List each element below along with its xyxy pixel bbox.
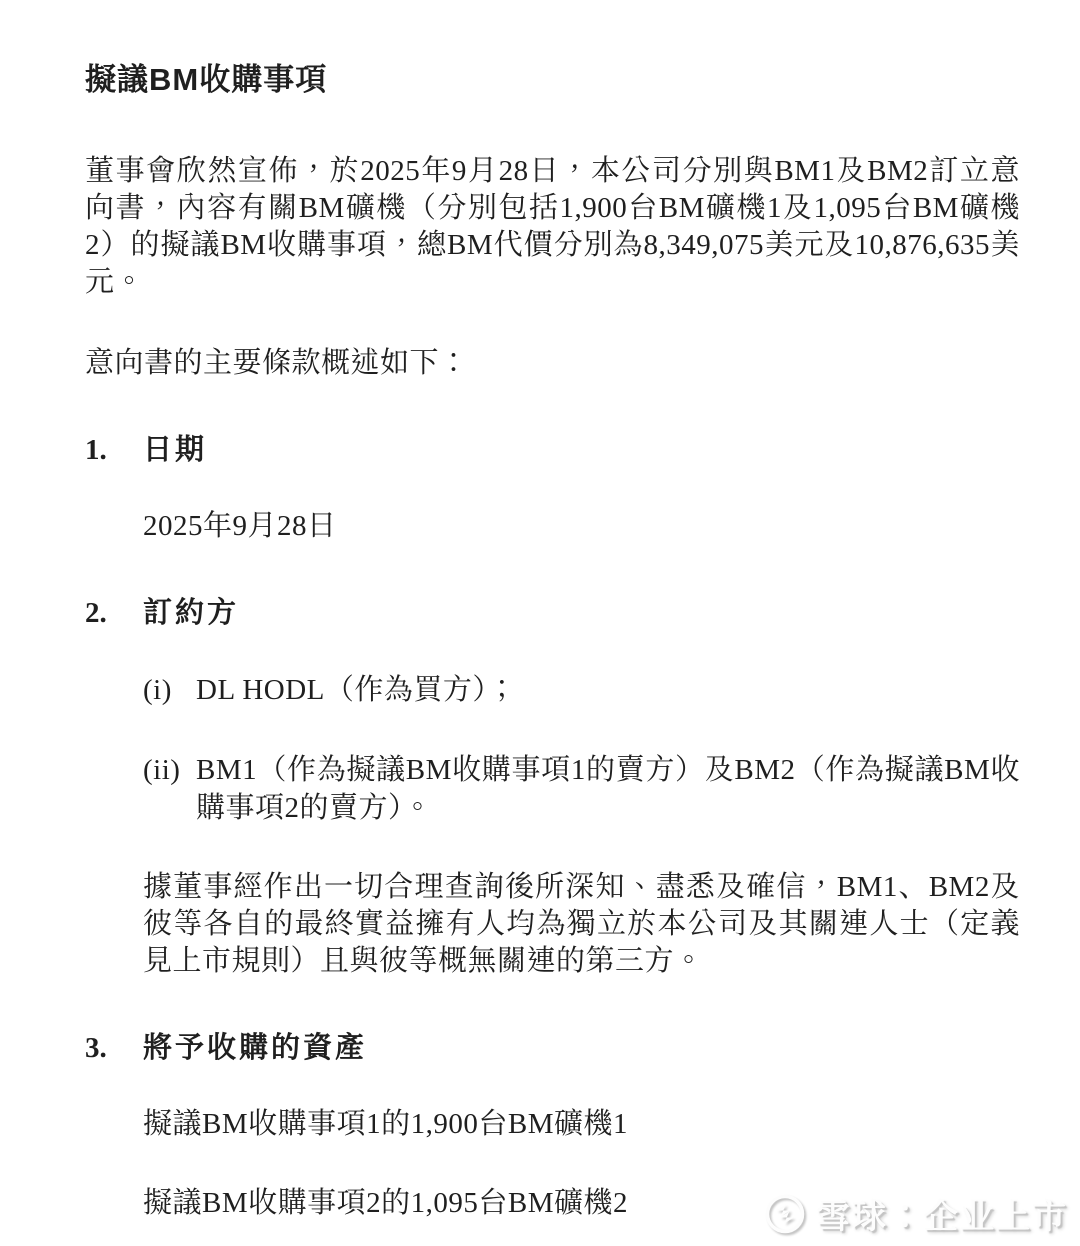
section-1-heading: 1. 日期	[85, 427, 1020, 468]
section-3-number: 3.	[85, 1032, 143, 1065]
leadin-paragraph: 意向書的主要條款概述如下：	[85, 345, 1020, 382]
section-2-title: 訂約方	[143, 590, 239, 631]
watermark-text: 雪球：企业上市	[816, 1189, 1068, 1238]
party-item-buyer: (i) DL HODL（作為買方）；	[143, 671, 1020, 709]
section-3-title: 將予收購的資產	[143, 1025, 367, 1066]
xueqiu-logo-icon	[764, 1193, 806, 1235]
section-1-date: 2025年9月28日	[143, 508, 1020, 545]
asset-line-1: 擬議BM收購事項1的1,900台BM礦機1	[143, 1106, 1020, 1143]
section-1-number: 1.	[85, 434, 143, 467]
party-item-buyer-text: DL HODL（作為買方）；	[196, 671, 1020, 709]
section-1-title: 日期	[143, 427, 207, 468]
party-item-sellers: (ii) BM1（作為擬議BM收購事項1的賣方）及BM2（作為擬議BM收購事項2…	[143, 751, 1020, 827]
page-title: 擬議BM收購事項	[85, 54, 1020, 99]
document-page: 擬議BM收購事項 董事會欣然宣佈，於2025年9月28日，本公司分別與BM1及B…	[0, 0, 1080, 1246]
party-item-sellers-text: BM1（作為擬議BM收購事項1的賣方）及BM2（作為擬議BM收購事項2的賣方）。	[196, 751, 1020, 827]
intro-paragraph: 董事會欣然宣佈，於2025年9月28日，本公司分別與BM1及BM2訂立意向書，內…	[85, 153, 1020, 301]
section-3-heading: 3. 將予收購的資產	[85, 1025, 1020, 1066]
party-item-buyer-label: (i)	[143, 671, 196, 709]
independence-note: 據董事經作出一切合理查詢後所深知、盡悉及確信，BM1、BM2及彼等各自的最終實益…	[143, 869, 1020, 980]
section-2-number: 2.	[85, 597, 143, 630]
watermark: 雪球：企业上市	[764, 1189, 1068, 1238]
party-item-sellers-label: (ii)	[143, 751, 196, 827]
section-2-heading: 2. 訂約方	[85, 590, 1020, 631]
